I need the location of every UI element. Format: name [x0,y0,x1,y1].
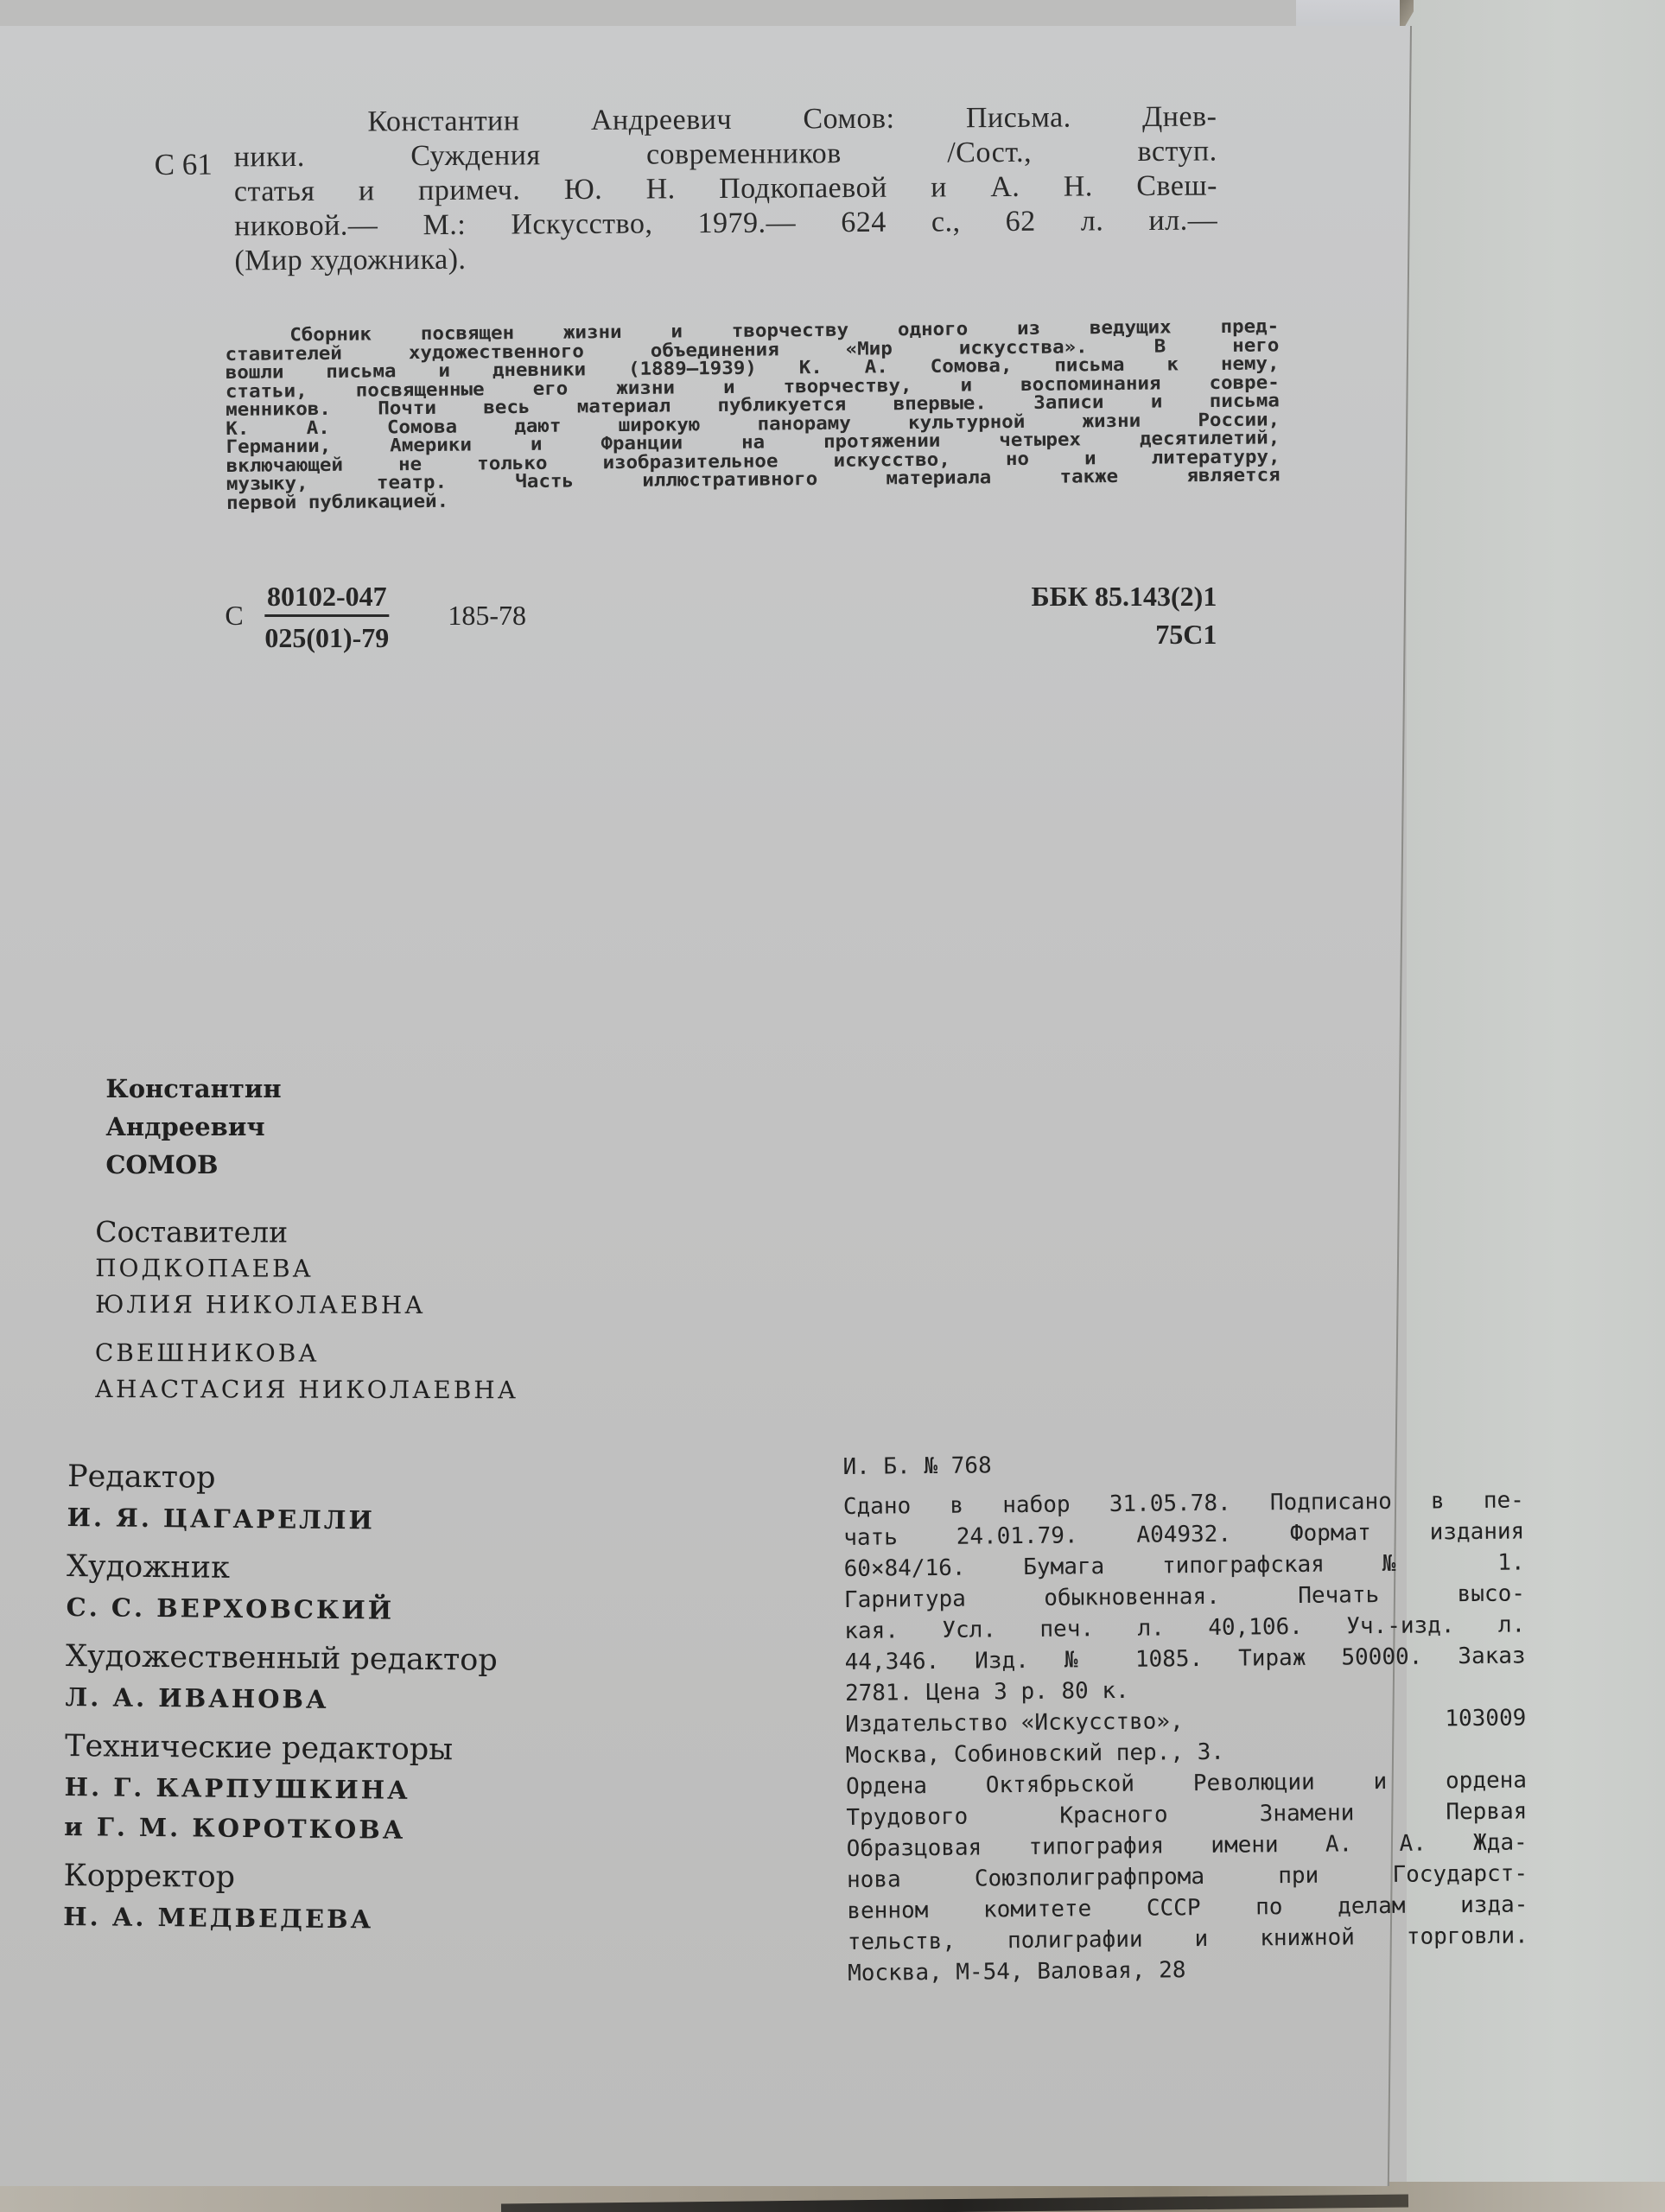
index-letter: С [225,600,243,632]
compilers-role: Составители [95,1214,518,1251]
printer-line: тельств, полиграфии и книжной торговли. [848,1920,1528,1958]
compiler-surname: СВЕШНИКОВА [95,1335,518,1372]
bib-line: (Мир художника). [234,238,1217,278]
bibliographic-entry: С 61 Константин Андреевич Сомов: Письма.… [154,99,1217,279]
ib-number: И. Б. № 768 [842,1445,1523,1483]
compilers-block: Составители ПОДКОПАЕВА ЮЛИЯ НИКОЛАЕВНА С… [95,1214,519,1421]
staff-person: Н. А. МЕДВЕДЕВА [63,1897,495,1941]
imprint-line: 44,346. Изд. № 1085. Тираж 50000. Заказ [844,1640,1525,1678]
author-surname: СОМОВ [105,1146,281,1184]
staff-person: И. Я. ЦАГАРЕЛЛИ [67,1497,499,1541]
imprint-block: И. Б. № 768 Сдано в набор 31.05.78. Подп… [842,1445,1528,1989]
author-title-block: Константин Андреевич СОМОВ [105,1070,281,1184]
bbk-classification: ББК 85.143(2)1 75С1 [966,577,1217,653]
staff-person: С. С. ВЕРХОВСКИЙ [66,1587,498,1631]
annotation: Сборник посвящен жизни и творчеству одно… [225,317,1281,512]
index-numerator: 80102-047 [264,581,389,617]
compiler-surname: ПОДКОПАЕВА [95,1250,518,1287]
index-suffix: 185-78 [448,600,526,632]
staff-role: Корректор [63,1855,495,1901]
index-fraction: 80102-047 025(01)-79 [264,581,389,654]
printer-address: Москва, М-54, Валовая, 28 [848,1951,1528,1989]
staff-role: Художественный редактор [66,1636,498,1681]
author-first-name: Константин [105,1070,281,1108]
staff-role: Технические редакторы [65,1726,497,1771]
bib-line: Константин Андреевич Сомов: Письма. Днев… [233,99,1217,140]
author-patronymic: Андреевич [105,1108,281,1146]
staff-person: и Г. М. КОРОТКОВА [64,1807,496,1851]
staff-person: Н. Г. КАРПУШКИНА [64,1767,496,1811]
bbk-code: 75С1 [966,615,1217,653]
book-page: С 61 Константин Андреевич Сомов: Письма.… [0,26,1412,2186]
compiler-name: АНАСТАСИЯ НИКОЛАЕВНА [95,1371,518,1408]
publisher-postcode: 103009 [1445,1702,1526,1734]
staff-person: Л. А. ИВАНОВА [65,1677,497,1721]
staff-credits: Редактор И. Я. ЦАГАРЕЛЛИ Художник С. С. … [63,1456,499,1949]
bib-line: ники. Суждения современников /Сост., вст… [234,134,1217,175]
bib-line: статья и примеч. Ю. Н. Подкопаевой и А. … [234,168,1217,209]
staff-role: Редактор [67,1456,499,1502]
compiler-name: ЮЛИЯ НИКОЛАЕВНА [95,1287,518,1324]
classification-code: С 61 [155,148,213,182]
bib-line: никовой.— М.: Искусство, 1979.— 624 с., … [234,203,1217,244]
publisher-name: Издательство «Искусство», [845,1706,1184,1740]
staff-role: Художник [67,1546,499,1592]
bbk-number: ББК 85.143(2)1 [966,577,1217,615]
index-denominator: 025(01)-79 [264,617,389,654]
